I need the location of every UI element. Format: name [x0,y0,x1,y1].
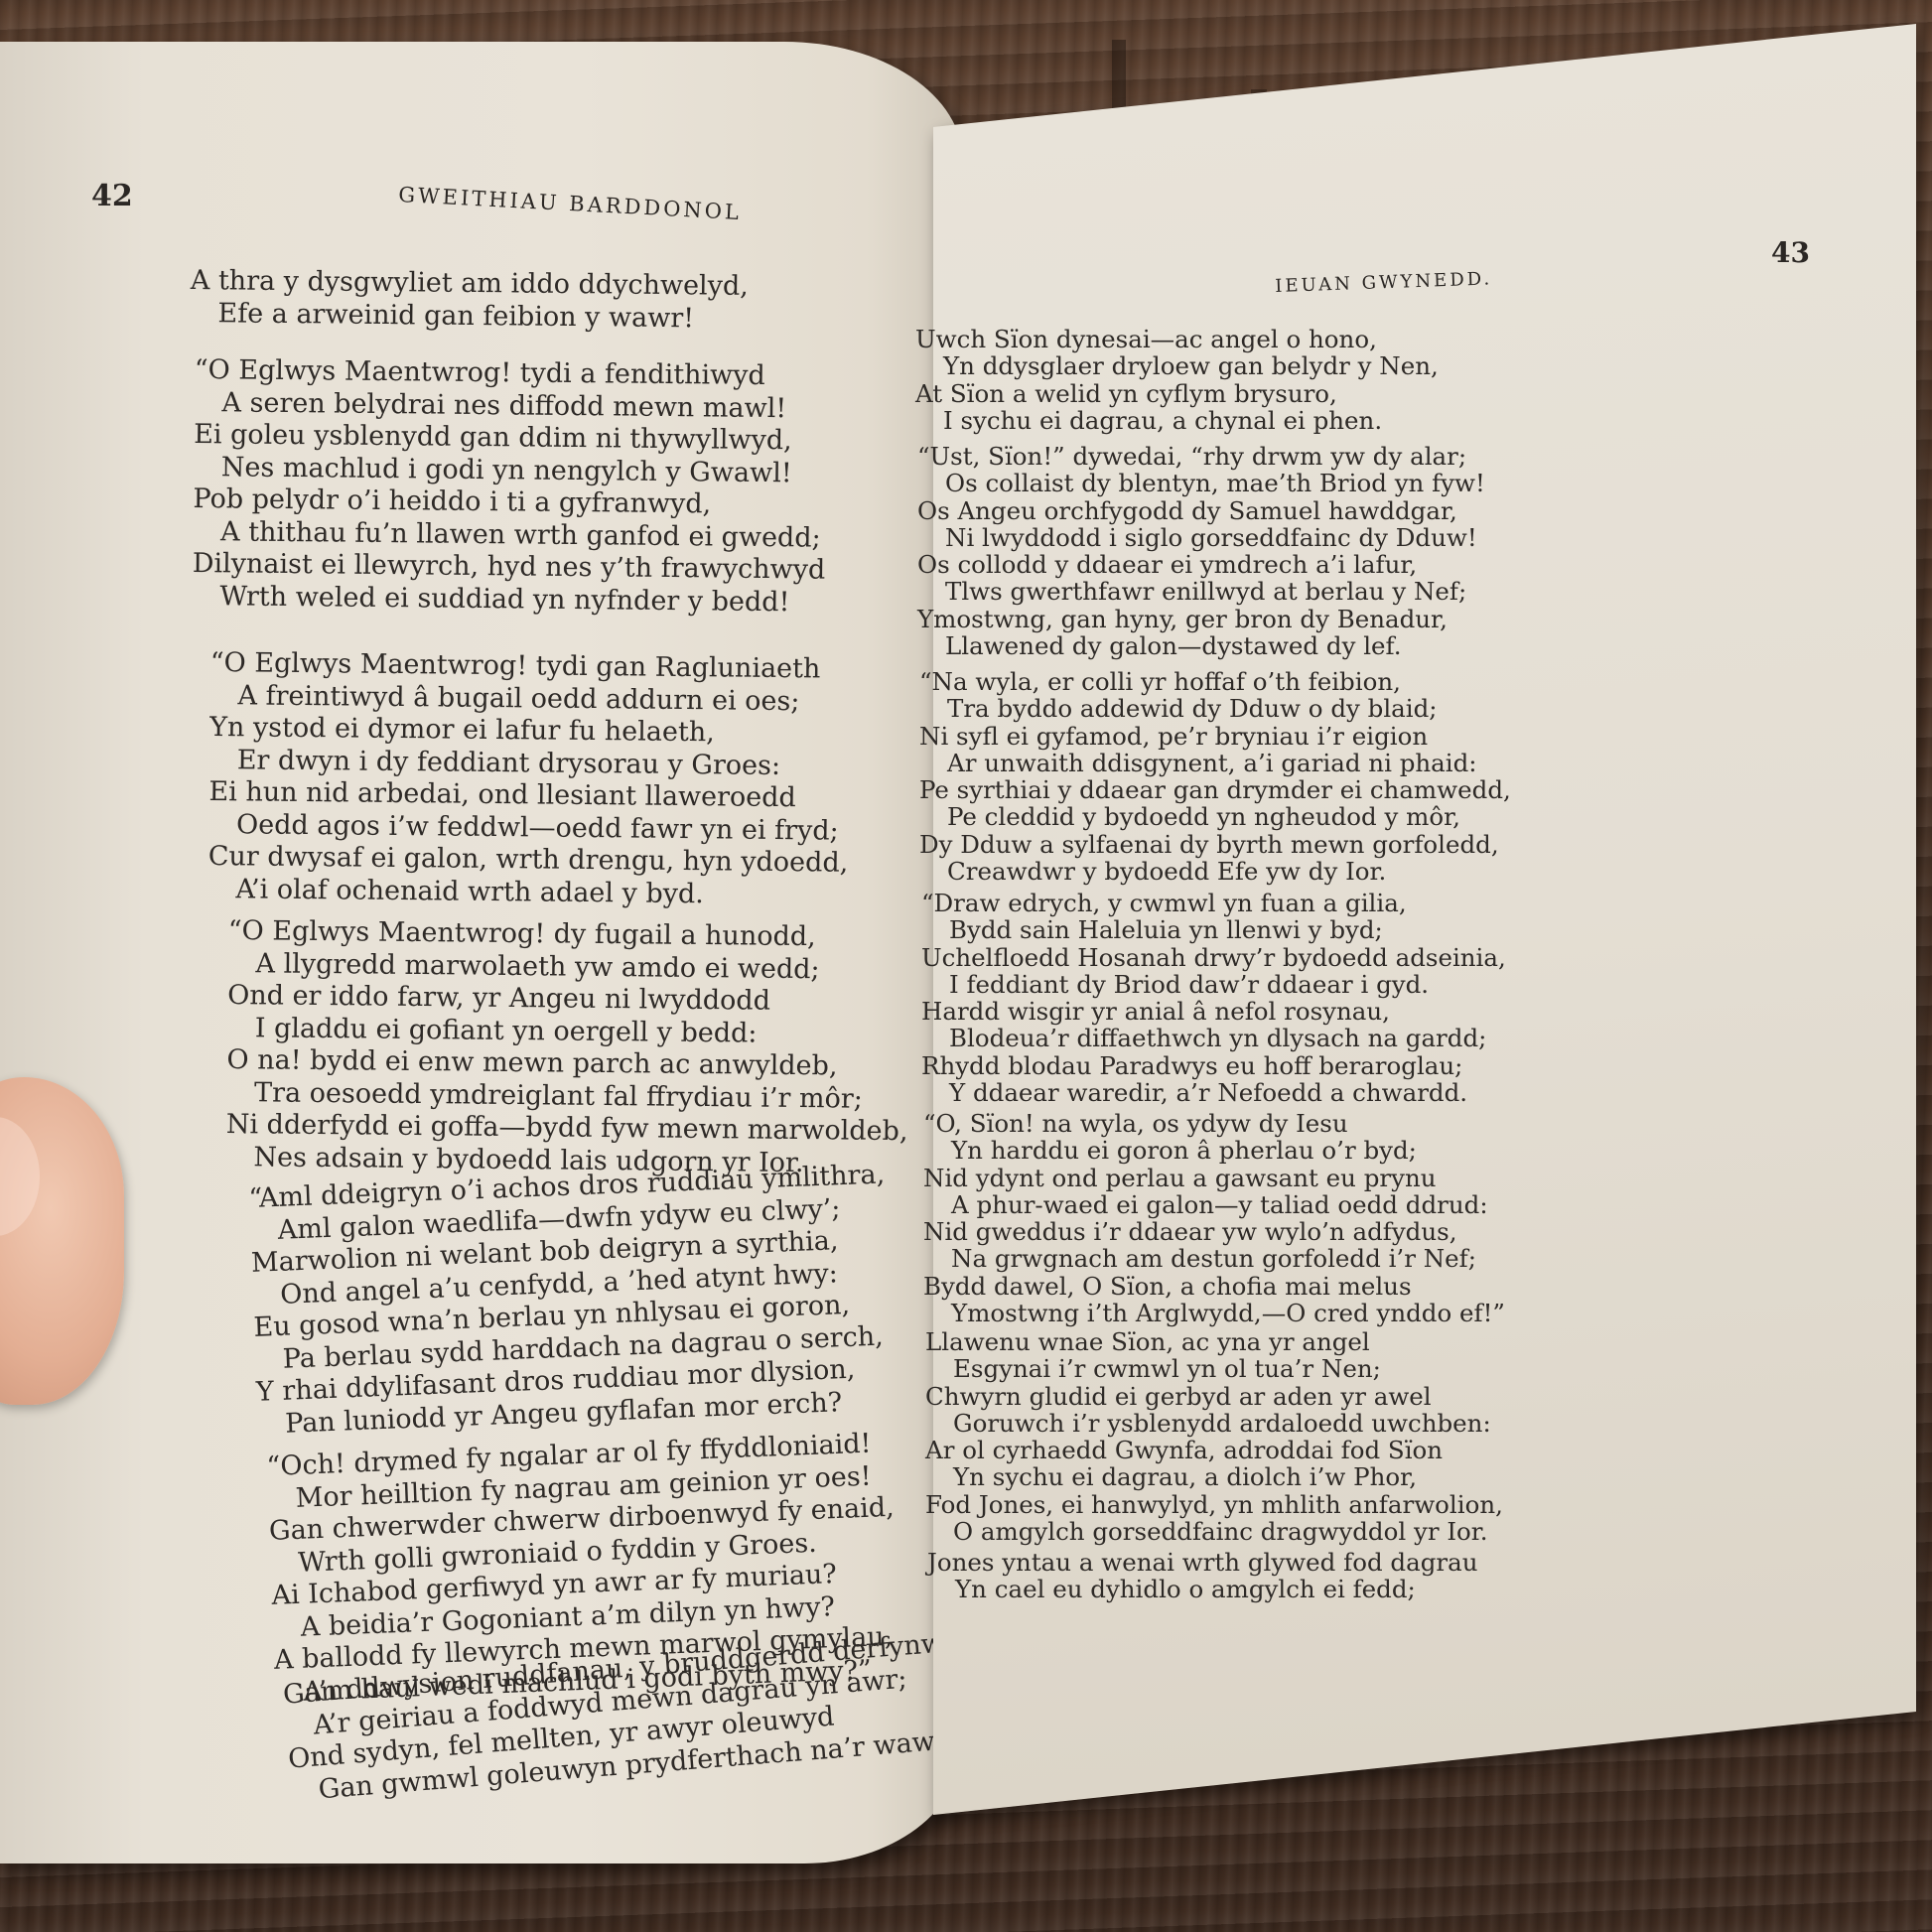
verse-line: Yn sychu ei dagrau, a diolch i’w Phor, [925,1463,1503,1490]
verse-line: Wrth weled ei suddiad yn nyfnder y bedd! [192,580,825,619]
stanza: “O Eglwys Maentwrog! tydi a fendithiwydA… [192,354,827,620]
verse-line: Jones yntau a wenai wrth glywed fod dagr… [927,1549,1477,1576]
verse-line: Nid gweddus i’r ddaear yw wylo’n adfydus… [923,1218,1505,1245]
stanza: Jones yntau a wenai wrth glywed fod dagr… [927,1549,1477,1603]
verse-line: Os collaist dy blentyn, mae’th Briod yn … [917,470,1485,496]
verse-line: A phur-waed ei galon—y taliad oedd ddrud… [923,1191,1505,1218]
stanza: Llawenu wnae Sïon, ac yna yr angelEsgyna… [925,1328,1503,1545]
stanza: “O, Sïon! na wyla, os ydyw dy IesuYn har… [923,1110,1505,1326]
verse-line: Y ddaear waredir, a’r Nefoedd a chwardd. [921,1079,1506,1106]
verse-line: Goruwch i’r ysblenydd ardaloedd uwchben: [925,1410,1503,1437]
page-number: 43 [1771,236,1810,269]
verse-line: Bydd dawel, O Sïon, a chofia mai melus [923,1273,1505,1300]
verse-line: Ni syfl ei gyfamod, pe’r bryniau i’r eig… [919,723,1511,750]
verse-line: “Ust, Sïon!” dywedai, “rhy drwm yw dy al… [917,443,1485,470]
running-head: GWEITHIAU BARDDONOL [398,183,743,224]
verse-line: I sychu ei dagrau, a chynal ei phen. [915,407,1439,434]
verse-line: Uwch Sïon dynesai—ac angel o hono, [915,326,1439,352]
verse-line: Hardd wisgir yr anial â nefol rosynau, [921,998,1506,1025]
stanza: A thra y dysgwyliet am iddo ddychwelyd,E… [190,265,749,336]
stanza: “Draw edrych, y cwmwl yn fuan a gilia,By… [921,890,1506,1106]
verse-line: Esgynai i’r cwmwl yn ol tua’r Nen; [925,1355,1503,1382]
stanza: “O Eglwys Maentwrog! dy fugail a hunodd,… [225,915,909,1180]
verse-line: Ymostwng, gan hyny, ger bron dy Benadur, [917,606,1485,632]
left-page: 42 GWEITHIAU BARDDONOL A thra y dysgwyli… [0,42,963,1863]
verse-line: Tlws gwerthfawr enillwyd at berlau y Nef… [917,578,1485,605]
verse-line: Yn ddysglaer dryloew gan belydr y Nen, [915,352,1439,379]
verse-line: Os Angeu orchfygodd dy Samuel hawddgar, [917,497,1485,524]
verse-line: Efe a arweinid gan feibion y wawr! [190,297,748,335]
verse-line: Nid ydynt ond perlau a gawsant eu prynu [923,1165,1505,1191]
verse-line: Fod Jones, ei hanwylyd, yn mhlith anfarw… [925,1491,1503,1518]
verse-line: Rhydd blodau Paradwys eu hoff beraroglau… [921,1052,1506,1079]
verse-line: Dy Dduw a sylfaenai dy byrth mewn gorfol… [919,831,1511,858]
verse-line: Ni lwyddodd i siglo gorseddfainc dy Dduw… [917,524,1485,551]
stanza: Uwch Sïon dynesai—ac angel o hono,Yn ddy… [915,326,1439,434]
verse-line: At Sïon a welid yn cyflym brysuro, [915,380,1439,407]
verse-line: Llawenu wnae Sïon, ac yna yr angel [925,1328,1503,1355]
verse-line: Pe syrthiai y ddaear gan drymder ei cham… [919,776,1511,803]
page-number: 42 [91,179,133,213]
verse-line: Os collodd y ddaear ei ymdrech a’i lafur… [917,551,1485,578]
verse-line: Yn harddu ei goron â pherlau o’r byd; [923,1137,1505,1164]
stanza: “Aml ddeigryn o’i achos dros ruddiau yml… [248,1159,895,1441]
verse-line: Creawdwr y bydoedd Efe yw dy Ior. [919,858,1511,885]
verse-line: I feddiant dy Briod daw’r ddaear i gyd. [921,971,1506,998]
stanza: “Ust, Sïon!” dywedai, “rhy drwm yw dy al… [917,443,1485,659]
verse-line: “O, Sïon! na wyla, os ydyw dy Iesu [923,1110,1505,1137]
verse-line: Pe cleddid y bydoedd yn ngheudod y môr, [919,803,1511,830]
verse-line: Ymostwng i’th Arglwydd,—O cred ynddo ef!… [923,1300,1505,1326]
verse-line: Ar ol cyrhaedd Gwynfa, adroddai fod Sïon [925,1437,1503,1463]
verse-line: O amgylch gorseddfainc dragwyddol yr Ior… [925,1518,1503,1545]
verse-line: “Draw edrych, y cwmwl yn fuan a gilia, [921,890,1506,916]
verse-line: A thra y dysgwyliet am iddo ddychwelyd, [191,265,749,303]
right-page: 43 IEUAN GWYNEDD. Uwch Sïon dynesai—ac a… [933,24,1916,1815]
stanza: “Na wyla, er colli yr hoffaf o’th feibio… [919,668,1511,885]
thumb-nail [0,1117,40,1236]
verse-line: “Na wyla, er colli yr hoffaf o’th feibio… [919,668,1511,695]
verse-line: A’i olaf ochenaid wrth adael y byd. [207,873,848,911]
verse-line: Chwyrn gludid ei gerbyd ar aden yr awel [925,1383,1503,1410]
verse-line: Llawened dy galon—dystawed dy lef. [917,632,1485,659]
verse-line: Uchelfloedd Hosanah drwy’r bydoedd adsei… [921,944,1506,971]
stanza: “O Eglwys Maentwrog! tydi gan Ragluniaet… [207,647,850,912]
verse-line: Bydd sain Haleluia yn llenwi y byd; [921,916,1506,943]
verse-line: Blodeua’r diffaethwch yn dlysach na gard… [921,1025,1506,1051]
verse-line: Ar unwaith ddisgynent, a’i gariad ni pha… [919,750,1511,776]
running-head: IEUAN GWYNEDD. [1275,268,1493,297]
verse-line: Tra byddo addewid dy Dduw o dy blaid; [919,695,1511,722]
verse-line: Na grwgnach am destun gorfoledd i’r Nef; [923,1245,1505,1272]
verse-line: Yn cael eu dyhidlo o amgylch ei fedd; [927,1576,1477,1602]
